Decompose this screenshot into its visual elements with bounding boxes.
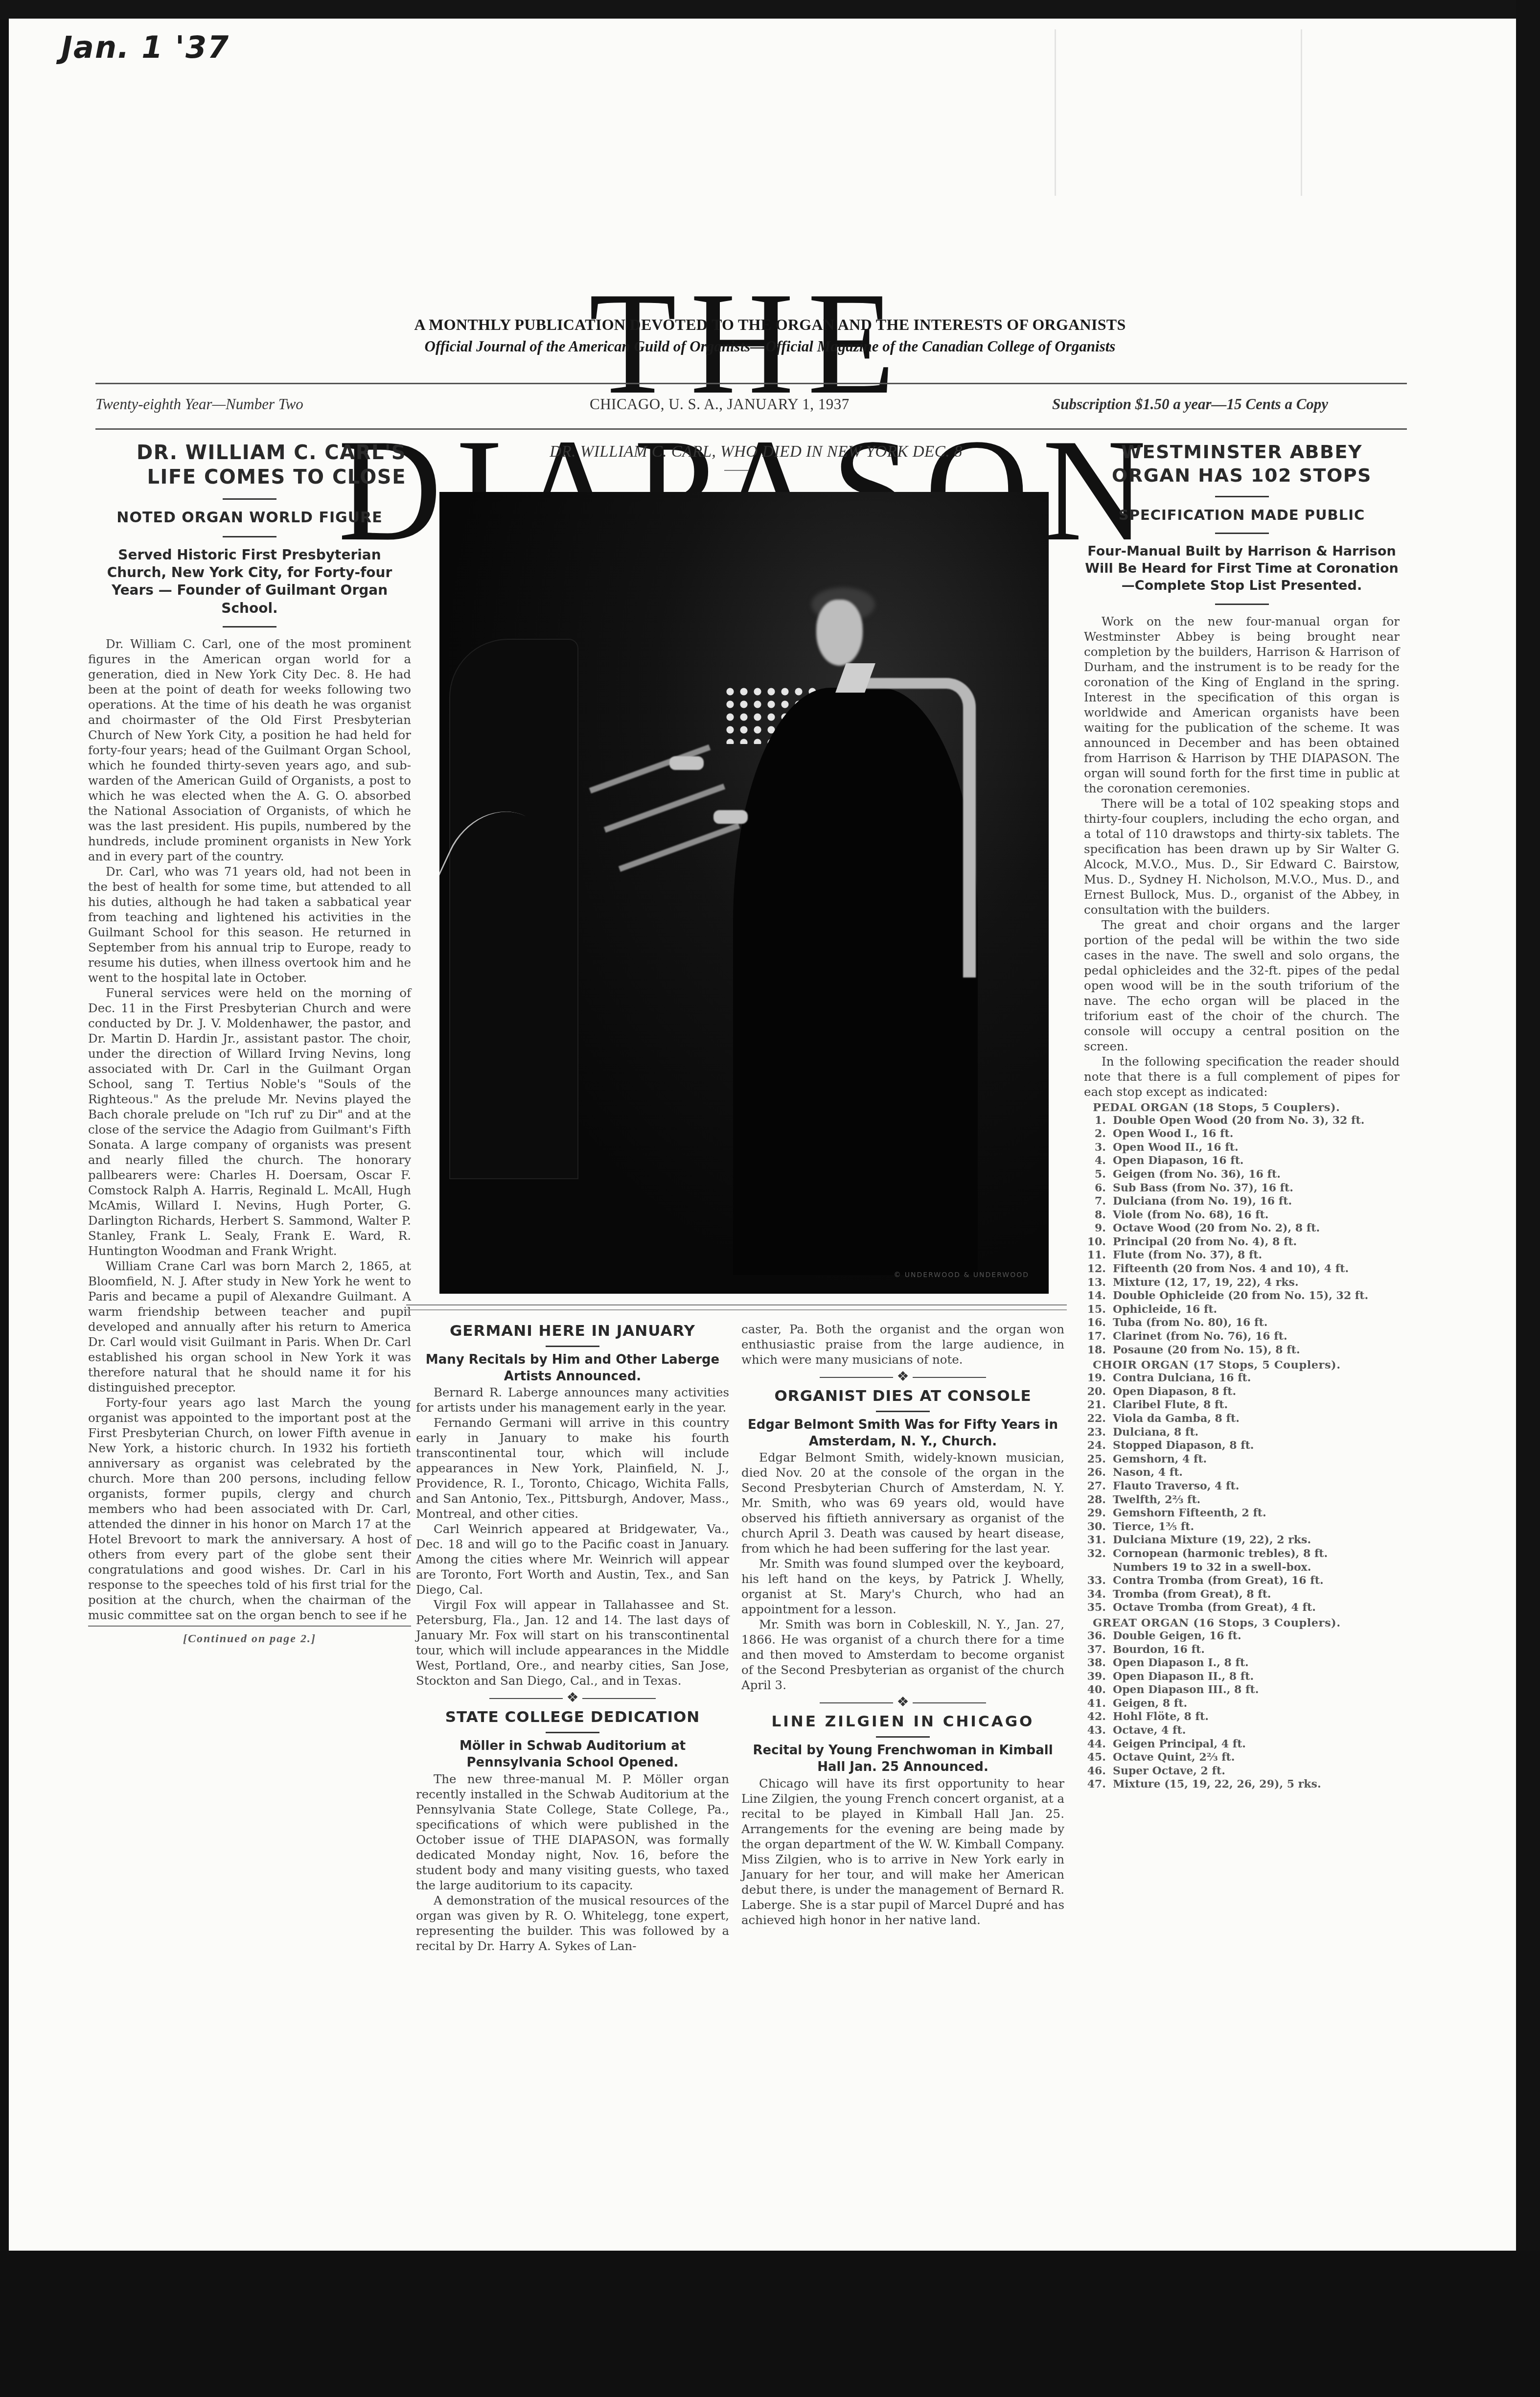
- stop-item: 17.Clarinet (from No. 76), 16 ft.: [1084, 1330, 1400, 1344]
- stop-number: 30.: [1084, 1520, 1106, 1534]
- stop-item: 29.Gemshorn Fifteenth, 2 ft.: [1084, 1507, 1400, 1520]
- deck-state-college: Möller in Schwab Auditorium at Pennsylva…: [416, 1738, 729, 1771]
- stop-name: Flute (from No. 37), 8 ft.: [1113, 1249, 1400, 1262]
- stop-item: 19.Contra Dulciana, 16 ft.: [1084, 1372, 1400, 1385]
- stop-number: 27.: [1084, 1480, 1106, 1493]
- headline-germani: GERMANI HERE IN JANUARY: [416, 1322, 729, 1341]
- stop-item: 41.Geigen, 8 ft.: [1084, 1697, 1400, 1711]
- portrait-photo: © UNDERWOOD & UNDERWOOD: [439, 492, 1049, 1294]
- stop-number: 39.: [1084, 1670, 1106, 1684]
- paragraph: Mr. Smith was found slumped over the key…: [741, 1556, 1064, 1617]
- stop-name: Stopped Diapason, 8 ft.: [1113, 1439, 1400, 1453]
- stop-number: 19.: [1084, 1372, 1106, 1385]
- stop-item: 46.Super Octave, 2 ft.: [1084, 1765, 1400, 1778]
- choir-organ-heading: CHOIR ORGAN (17 Stops, 5 Couplers).: [1093, 1359, 1400, 1372]
- divider: [1215, 496, 1269, 497]
- stop-number: 35.: [1084, 1601, 1106, 1615]
- article-body-carl: Dr. William C. Carl, one of the most pro…: [88, 636, 411, 1623]
- stop-item: 2.Open Wood I., 16 ft.: [1084, 1127, 1400, 1141]
- article-westminster: WESTMINSTER ABBEY ORGAN HAS 102 STOPS SP…: [1084, 441, 1400, 1792]
- stop-number: 36.: [1084, 1629, 1106, 1643]
- stop-item: 4.Open Diapason, 16 ft.: [1084, 1154, 1400, 1168]
- deck-carl: Served Historic First Presbyterian Churc…: [88, 546, 411, 618]
- stop-name: Twelfth, 2⅔ ft.: [1113, 1493, 1400, 1507]
- deck-germani: Many Recitals by Him and Other Laberge A…: [416, 1352, 729, 1385]
- stop-name: Posaune (20 from No. 15), 8 ft.: [1113, 1344, 1400, 1357]
- portrait-face: [816, 600, 863, 666]
- stop-name: Open Diapason, 8 ft.: [1113, 1385, 1400, 1399]
- stop-item: 7.Dulciana (from No. 19), 16 ft.: [1084, 1195, 1400, 1209]
- stop-name: Fifteenth (20 from Nos. 4 and 10), 4 ft.: [1113, 1262, 1400, 1276]
- stop-number: 1.: [1084, 1114, 1106, 1128]
- stop-name: Contra Tromba (from Great), 16 ft.: [1113, 1574, 1400, 1588]
- stop-item: 9.Octave Wood (20 from No. 2), 8 ft.: [1084, 1222, 1400, 1235]
- stop-number: 29.: [1084, 1507, 1106, 1520]
- divider: [546, 1346, 599, 1347]
- stop-item: 18.Posaune (20 from No. 15), 8 ft.: [1084, 1344, 1400, 1357]
- stop-item: 22.Viola da Gamba, 8 ft.: [1084, 1412, 1400, 1426]
- stop-number: 34.: [1084, 1588, 1106, 1602]
- stop-name: Open Diapason, 16 ft.: [1113, 1154, 1400, 1168]
- subscription-price: Subscription $1.50 a year—15 Cents a Cop…: [1052, 396, 1328, 413]
- stop-item: 12.Fifteenth (20 from Nos. 4 and 10), 4 …: [1084, 1262, 1400, 1276]
- stop-name: Double Ophicleide (20 from No. 15), 32 f…: [1113, 1289, 1400, 1303]
- article-body-state-college-cont: caster, Pa. Both the organist and the or…: [741, 1322, 1064, 1367]
- stop-name: Claribel Flute, 8 ft.: [1113, 1398, 1400, 1412]
- stop-number: 33.: [1084, 1574, 1106, 1588]
- stop-name: Principal (20 from No. 4), 8 ft.: [1113, 1235, 1400, 1249]
- stop-name: Open Wood I., 16 ft.: [1113, 1127, 1400, 1141]
- stop-item: 45.Octave Quint, 2⅔ ft.: [1084, 1751, 1400, 1765]
- paragraph: Dr. Carl, who was 71 years old, had not …: [88, 864, 411, 985]
- masthead-rule-bottom: [95, 428, 1407, 430]
- stop-item: 6.Sub Bass (from No. 37), 16 ft.: [1084, 1182, 1400, 1195]
- stop-name: Tuba (from No. 80), 16 ft.: [1113, 1316, 1400, 1330]
- stop-number: 18.: [1084, 1344, 1106, 1357]
- stop-name: Viola da Gamba, 8 ft.: [1113, 1412, 1400, 1426]
- paragraph: Dr. William C. Carl, one of the most pro…: [88, 636, 411, 864]
- stop-name: Hohl Flöte, 8 ft.: [1113, 1710, 1400, 1724]
- headline-zilgien: LINE ZILGIEN IN CHICAGO: [741, 1712, 1064, 1731]
- stop-name: Open Diapason II., 8 ft.: [1113, 1670, 1400, 1684]
- stop-item: 43.Octave, 4 ft.: [1084, 1724, 1400, 1738]
- divider: [876, 1411, 930, 1412]
- paragraph: caster, Pa. Both the organist and the or…: [741, 1322, 1064, 1367]
- stop-item: 42.Hohl Flöte, 8 ft.: [1084, 1710, 1400, 1724]
- stop-name: Open Wood II., 16 ft.: [1113, 1141, 1400, 1155]
- stop-name: Double Open Wood (20 from No. 3), 32 ft.: [1113, 1114, 1400, 1128]
- paragraph: A demonstration of the musical resources…: [416, 1893, 729, 1954]
- stop-number: 22.: [1084, 1412, 1106, 1426]
- divider: [406, 1304, 1067, 1305]
- stop-item: 34.Tromba (from Great), 8 ft.: [1084, 1588, 1400, 1602]
- photo-caption: DR. WILLIAM C. CARL, WHO DIED IN NEW YOR…: [431, 443, 1081, 461]
- stop-number: 38.: [1084, 1656, 1106, 1670]
- stop-number: 43.: [1084, 1724, 1106, 1738]
- stop-name: Geigen (from No. 36), 16 ft.: [1113, 1168, 1400, 1182]
- library-stamp: [1055, 29, 1302, 196]
- paragraph: Fernando Germani will arrive in this cou…: [416, 1415, 729, 1521]
- stop-item: 3.Open Wood II., 16 ft.: [1084, 1141, 1400, 1155]
- deck-zilgien: Recital by Young Frenchwoman in Kimball …: [741, 1743, 1064, 1776]
- continued-link[interactable]: [Continued on page 2.]: [88, 1632, 411, 1646]
- handwritten-date: Jan. 1 '37: [61, 29, 230, 65]
- stop-name: Super Octave, 2 ft.: [1113, 1765, 1400, 1778]
- headline-westminster: WESTMINSTER ABBEY ORGAN HAS 102 STOPS: [1084, 441, 1400, 487]
- stop-item: 36.Double Geigen, 16 ft.: [1084, 1629, 1400, 1643]
- stop-name: Ophicleide, 16 ft.: [1113, 1303, 1400, 1317]
- stop-name: Bourdon, 16 ft.: [1113, 1643, 1400, 1657]
- stop-name: Nason, 4 ft.: [1113, 1466, 1400, 1480]
- paragraph: There will be a total of 102 speaking st…: [1084, 796, 1400, 917]
- stop-name: Open Diapason I., 8 ft.: [1113, 1656, 1400, 1670]
- divider: [1215, 533, 1269, 534]
- stop-item: 30.Tierce, 1⅗ ft.: [1084, 1520, 1400, 1534]
- stop-item: 25.Gemshorn, 4 ft.: [1084, 1453, 1400, 1466]
- scan-border-right: [1516, 0, 1540, 2397]
- stop-number: 12.: [1084, 1262, 1106, 1276]
- stop-name: Octave Quint, 2⅔ ft.: [1113, 1751, 1400, 1765]
- photo-credit: © UNDERWOOD & UNDERWOOD: [894, 1271, 1029, 1279]
- stop-name: Octave Tromba (from Great), 4 ft.: [1113, 1601, 1400, 1615]
- stop-name: Geigen, 8 ft.: [1113, 1697, 1400, 1711]
- stop-item: 31.Dulciana Mixture (19, 22), 2 rks.: [1084, 1534, 1400, 1547]
- stop-name: Viole (from No. 68), 16 ft.: [1113, 1209, 1400, 1222]
- stop-number: 2.: [1084, 1127, 1106, 1141]
- subhead-carl: NOTED ORGAN WORLD FIGURE: [88, 509, 411, 527]
- stop-name: Sub Bass (from No. 37), 16 ft.: [1113, 1182, 1400, 1195]
- article-body-zilgien: Chicago will have its first opportunity …: [741, 1776, 1064, 1928]
- paragraph: Chicago will have its first opportunity …: [741, 1776, 1064, 1928]
- stop-number: 3.: [1084, 1141, 1106, 1155]
- stop-number: 42.: [1084, 1710, 1106, 1724]
- stop-number: 37.: [1084, 1643, 1106, 1657]
- stop-item: 10.Principal (20 from No. 4), 8 ft.: [1084, 1235, 1400, 1249]
- paragraph: Work on the new four-manual organ for We…: [1084, 614, 1400, 796]
- stop-name: Gemshorn, 4 ft.: [1113, 1453, 1400, 1466]
- stop-number: 5.: [1084, 1168, 1106, 1182]
- stop-number: 44.: [1084, 1738, 1106, 1751]
- article-carl: DR. WILLIAM C. CARL'S LIFE COMES TO CLOS…: [88, 441, 411, 1646]
- stop-item: 13.Mixture (12, 17, 19, 22), 4 rks.: [1084, 1276, 1400, 1290]
- stop-name: Open Diapason III., 8 ft.: [1113, 1683, 1400, 1697]
- divider: [876, 1736, 930, 1738]
- stop-item: 11.Flute (from No. 37), 8 ft.: [1084, 1249, 1400, 1262]
- choir-swell-note: Numbers 19 to 32 in a swell-box.: [1084, 1561, 1400, 1575]
- stop-item: 20.Open Diapason, 8 ft.: [1084, 1385, 1400, 1399]
- stop-number: 47.: [1084, 1778, 1106, 1792]
- stop-number: 41.: [1084, 1697, 1106, 1711]
- stop-item: 28.Twelfth, 2⅔ ft.: [1084, 1493, 1400, 1507]
- divider: [1215, 604, 1269, 605]
- stop-name: Tierce, 1⅗ ft.: [1113, 1520, 1400, 1534]
- stop-item: 32.Cornopean (harmonic trebles), 8 ft.: [1084, 1547, 1400, 1561]
- stop-item: 44.Geigen Principal, 4 ft.: [1084, 1738, 1400, 1751]
- stop-item: 37.Bourdon, 16 ft.: [1084, 1643, 1400, 1657]
- stop-number: 10.: [1084, 1235, 1106, 1249]
- paragraph: Forty-four years ago last March the youn…: [88, 1395, 411, 1623]
- stop-number: 31.: [1084, 1534, 1106, 1547]
- divider: [223, 498, 276, 500]
- scan-border-bottom: [0, 2251, 1540, 2397]
- stop-number: 23.: [1084, 1426, 1106, 1440]
- stop-item: 47.Mixture (15, 19, 22, 26, 29), 5 rks.: [1084, 1778, 1400, 1792]
- stop-name: Cornopean (harmonic trebles), 8 ft.: [1113, 1547, 1400, 1561]
- divider: [546, 1732, 599, 1733]
- stop-name: Gemshorn Fifteenth, 2 ft.: [1113, 1507, 1400, 1520]
- masthead-subtagline: Official Journal of the American Guild o…: [0, 338, 1540, 355]
- stop-number: 14.: [1084, 1289, 1106, 1303]
- ornament-divider-icon: ❖: [741, 1696, 1064, 1709]
- stop-number: 4.: [1084, 1154, 1106, 1168]
- great-stop-list: 36.Double Geigen, 16 ft.37.Bourdon, 16 f…: [1084, 1629, 1400, 1792]
- stop-name: Geigen Principal, 4 ft.: [1113, 1738, 1400, 1751]
- stop-name: Dulciana (from No. 19), 16 ft.: [1113, 1195, 1400, 1209]
- stop-item: 23.Dulciana, 8 ft.: [1084, 1426, 1400, 1440]
- great-organ-heading: GREAT ORGAN (16 Stops, 3 Couplers).: [1093, 1617, 1400, 1629]
- column-mid-right: caster, Pa. Both the organist and the or…: [741, 1322, 1064, 1928]
- stop-item: 21.Claribel Flute, 8 ft.: [1084, 1398, 1400, 1412]
- stop-number: 46.: [1084, 1765, 1106, 1778]
- stop-name: Octave Wood (20 from No. 2), 8 ft.: [1113, 1222, 1400, 1235]
- paragraph: William Crane Carl was born March 2, 186…: [88, 1258, 411, 1395]
- article-body-state-college: The new three-manual M. P. Möller organ …: [416, 1771, 729, 1954]
- headline-carl: DR. WILLIAM C. CARL'S LIFE COMES TO CLOS…: [88, 441, 411, 489]
- headline-state-college: STATE COLLEGE DEDICATION: [416, 1708, 729, 1727]
- choir-stop-list: 19.Contra Dulciana, 16 ft.20.Open Diapas…: [1084, 1372, 1400, 1560]
- stop-item: 15.Ophicleide, 16 ft.: [1084, 1303, 1400, 1317]
- stop-number: 17.: [1084, 1330, 1106, 1344]
- paragraph: Funeral services were held on the mornin…: [88, 985, 411, 1258]
- headline-organist-dies: ORGANIST DIES AT CONSOLE: [741, 1387, 1064, 1406]
- stop-item: 33.Contra Tromba (from Great), 16 ft.: [1084, 1574, 1400, 1588]
- stop-number: 45.: [1084, 1751, 1106, 1765]
- stop-item: 16.Tuba (from No. 80), 16 ft.: [1084, 1316, 1400, 1330]
- stop-number: 8.: [1084, 1209, 1106, 1222]
- stop-number: 24.: [1084, 1439, 1106, 1453]
- stop-item: 35.Octave Tromba (from Great), 4 ft.: [1084, 1601, 1400, 1615]
- stop-item: 26.Nason, 4 ft.: [1084, 1466, 1400, 1480]
- stop-name: Dulciana Mixture (19, 22), 2 rks.: [1113, 1534, 1400, 1547]
- ornament-divider-icon: ❖: [416, 1691, 729, 1705]
- pedal-stop-list: 1.Double Open Wood (20 from No. 3), 32 f…: [1084, 1114, 1400, 1357]
- stop-name: Flauto Traverso, 4 ft.: [1113, 1480, 1400, 1493]
- stop-item: 24.Stopped Diapason, 8 ft.: [1084, 1439, 1400, 1453]
- divider: [406, 1309, 1067, 1310]
- paragraph: Virgil Fox will appear in Tallahassee an…: [416, 1597, 729, 1688]
- paragraph: Carl Weinrich appeared at Bridgewater, V…: [416, 1521, 729, 1597]
- stop-number: 25.: [1084, 1453, 1106, 1466]
- stop-item: 8.Viole (from No. 68), 16 ft.: [1084, 1209, 1400, 1222]
- stop-name: Tromba (from Great), 8 ft.: [1113, 1588, 1400, 1602]
- column-mid-left: GERMANI HERE IN JANUARY Many Recitals by…: [416, 1322, 729, 1954]
- masthead-rule-top: [95, 383, 1407, 384]
- article-body-westminster: Work on the new four-manual organ for We…: [1084, 614, 1400, 1099]
- stop-item: 14.Double Ophicleide (20 from No. 15), 3…: [1084, 1289, 1400, 1303]
- stop-name: Clarinet (from No. 76), 16 ft.: [1113, 1330, 1400, 1344]
- dateline: CHICAGO, U. S. A., JANUARY 1, 1937: [590, 396, 850, 413]
- stop-number: 20.: [1084, 1385, 1106, 1399]
- stop-name: Mixture (12, 17, 19, 22), 4 rks.: [1113, 1276, 1400, 1290]
- article-body-organist-dies: Edgar Belmont Smith, widely-known musici…: [741, 1450, 1064, 1693]
- stop-name: Mixture (15, 19, 22, 26, 29), 5 rks.: [1113, 1778, 1400, 1792]
- stop-number: 6.: [1084, 1182, 1106, 1195]
- stop-name: Double Geigen, 16 ft.: [1113, 1629, 1400, 1643]
- stop-number: 16.: [1084, 1316, 1106, 1330]
- ornament-divider-icon: ❖: [741, 1370, 1064, 1384]
- article-body-germani: Bernard R. Laberge announces many activi…: [416, 1385, 729, 1688]
- stop-item: 40.Open Diapason III., 8 ft.: [1084, 1683, 1400, 1697]
- stop-item: 27.Flauto Traverso, 4 ft.: [1084, 1480, 1400, 1493]
- subhead-westminster: SPECIFICATION MADE PUBLIC: [1084, 506, 1400, 524]
- paragraph: In the following specification the reade…: [1084, 1054, 1400, 1099]
- stop-item: 1.Double Open Wood (20 from No. 3), 32 f…: [1084, 1114, 1400, 1128]
- masthead-tagline: A MONTHLY PUBLICATION DEVOTED TO THE ORG…: [0, 316, 1540, 334]
- divider: [223, 626, 276, 628]
- stop-number: 15.: [1084, 1303, 1106, 1317]
- stop-item: 5.Geigen (from No. 36), 16 ft.: [1084, 1168, 1400, 1182]
- stop-item: 38.Open Diapason I., 8 ft.: [1084, 1656, 1400, 1670]
- volume-number: Twenty-eighth Year—Number Two: [95, 396, 303, 413]
- divider: [223, 536, 276, 537]
- paragraph: The new three-manual M. P. Möller organ …: [416, 1771, 729, 1893]
- stop-item: 39.Open Diapason II., 8 ft.: [1084, 1670, 1400, 1684]
- choir-stop-list-2: 33.Contra Tromba (from Great), 16 ft.34.…: [1084, 1574, 1400, 1615]
- divider: [724, 470, 749, 471]
- stop-name: Contra Dulciana, 16 ft.: [1113, 1372, 1400, 1385]
- divider: [88, 1626, 411, 1627]
- stop-number: 13.: [1084, 1276, 1106, 1290]
- stop-name: Octave, 4 ft.: [1113, 1724, 1400, 1738]
- stop-number: 21.: [1084, 1398, 1106, 1412]
- deck-westminster: Four-Manual Built by Harrison & Harrison…: [1084, 543, 1400, 594]
- deck-organist-dies: Edgar Belmont Smith Was for Fifty Years …: [741, 1417, 1064, 1450]
- stop-number: 32.: [1084, 1547, 1106, 1561]
- paragraph: The great and choir organs and the large…: [1084, 917, 1400, 1054]
- paragraph: Edgar Belmont Smith, widely-known musici…: [741, 1450, 1064, 1556]
- stop-name: Dulciana, 8 ft.: [1113, 1426, 1400, 1440]
- stop-number: 40.: [1084, 1683, 1106, 1697]
- stop-number: 7.: [1084, 1195, 1106, 1209]
- stop-number: 28.: [1084, 1493, 1106, 1507]
- pedal-organ-heading: PEDAL ORGAN (18 Stops, 5 Couplers).: [1093, 1101, 1400, 1114]
- stop-number: 26.: [1084, 1466, 1106, 1480]
- stop-number: 11.: [1084, 1249, 1106, 1262]
- paragraph: Bernard R. Laberge announces many activi…: [416, 1385, 729, 1415]
- paragraph: Mr. Smith was born in Cobleskill, N. Y.,…: [741, 1617, 1064, 1693]
- stop-number: 9.: [1084, 1222, 1106, 1235]
